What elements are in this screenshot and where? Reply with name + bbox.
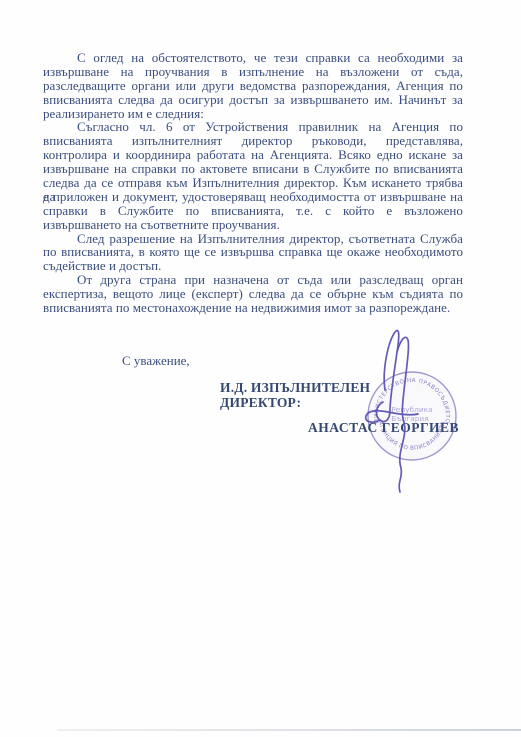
paragraph-line: е приложен и документ, удостоверяващ нео…: [43, 190, 463, 204]
letter-page: С оглед на обстоятелството, че тези спра…: [0, 0, 521, 737]
paragraph-line: следва да се отправя към Изпълнителния д…: [43, 176, 463, 190]
paragraph-line: вписванията изпълнителният директор ръко…: [43, 134, 463, 148]
paragraph-line: Съгласно чл. 6 от Устройствения правилни…: [43, 120, 463, 134]
scan-artifact-line: [57, 729, 521, 731]
paragraph-line: С оглед на обстоятелството, че тези спра…: [43, 51, 463, 65]
paragraph-line: експертиза, вещото лице (експерт) следва…: [43, 287, 463, 301]
paragraph-line: След разрешение на Изпълнителния директо…: [43, 232, 463, 246]
paragraph-line: вписванията следва да осигури достъп за …: [43, 93, 463, 107]
paragraph-line: по вписванията, в която ще се извършва с…: [43, 245, 463, 259]
signature-icon: [352, 326, 432, 498]
paragraph-line: реализирането им е следния:: [43, 107, 463, 121]
paragraph-line: вписванията по местонахождение на недвиж…: [43, 301, 463, 315]
signer-title: И.Д. ИЗПЪЛНИТЕЛЕН ДИРЕКТОР:: [220, 380, 370, 410]
paragraph-line: От друга страна при назначена от съда ил…: [43, 273, 463, 287]
signer-title-line1: И.Д. ИЗПЪЛНИТЕЛЕН: [220, 380, 370, 395]
paragraph-line: контролира и координира работата на Аген…: [43, 148, 463, 162]
paragraph-line: справки в Службите по вписванията, т.е. …: [43, 204, 463, 218]
paragraph-line: извършването на съответните проучвания.: [43, 218, 463, 232]
letter-body: С оглед на обстоятелството, че тези спра…: [43, 51, 463, 315]
handwritten-signature: [352, 326, 432, 498]
closing-salutation: С уважение,: [122, 353, 190, 369]
paragraph-line: извършване на проучвания в изпълнение на…: [43, 65, 463, 79]
paragraph-line: разследващите органи или други ведомства…: [43, 79, 463, 93]
paragraph-line: извършване на справки по актовете вписан…: [43, 162, 463, 176]
signer-title-line2: ДИРЕКТОР:: [220, 395, 370, 410]
paragraph-line: съдействие и достъп.: [43, 259, 463, 273]
